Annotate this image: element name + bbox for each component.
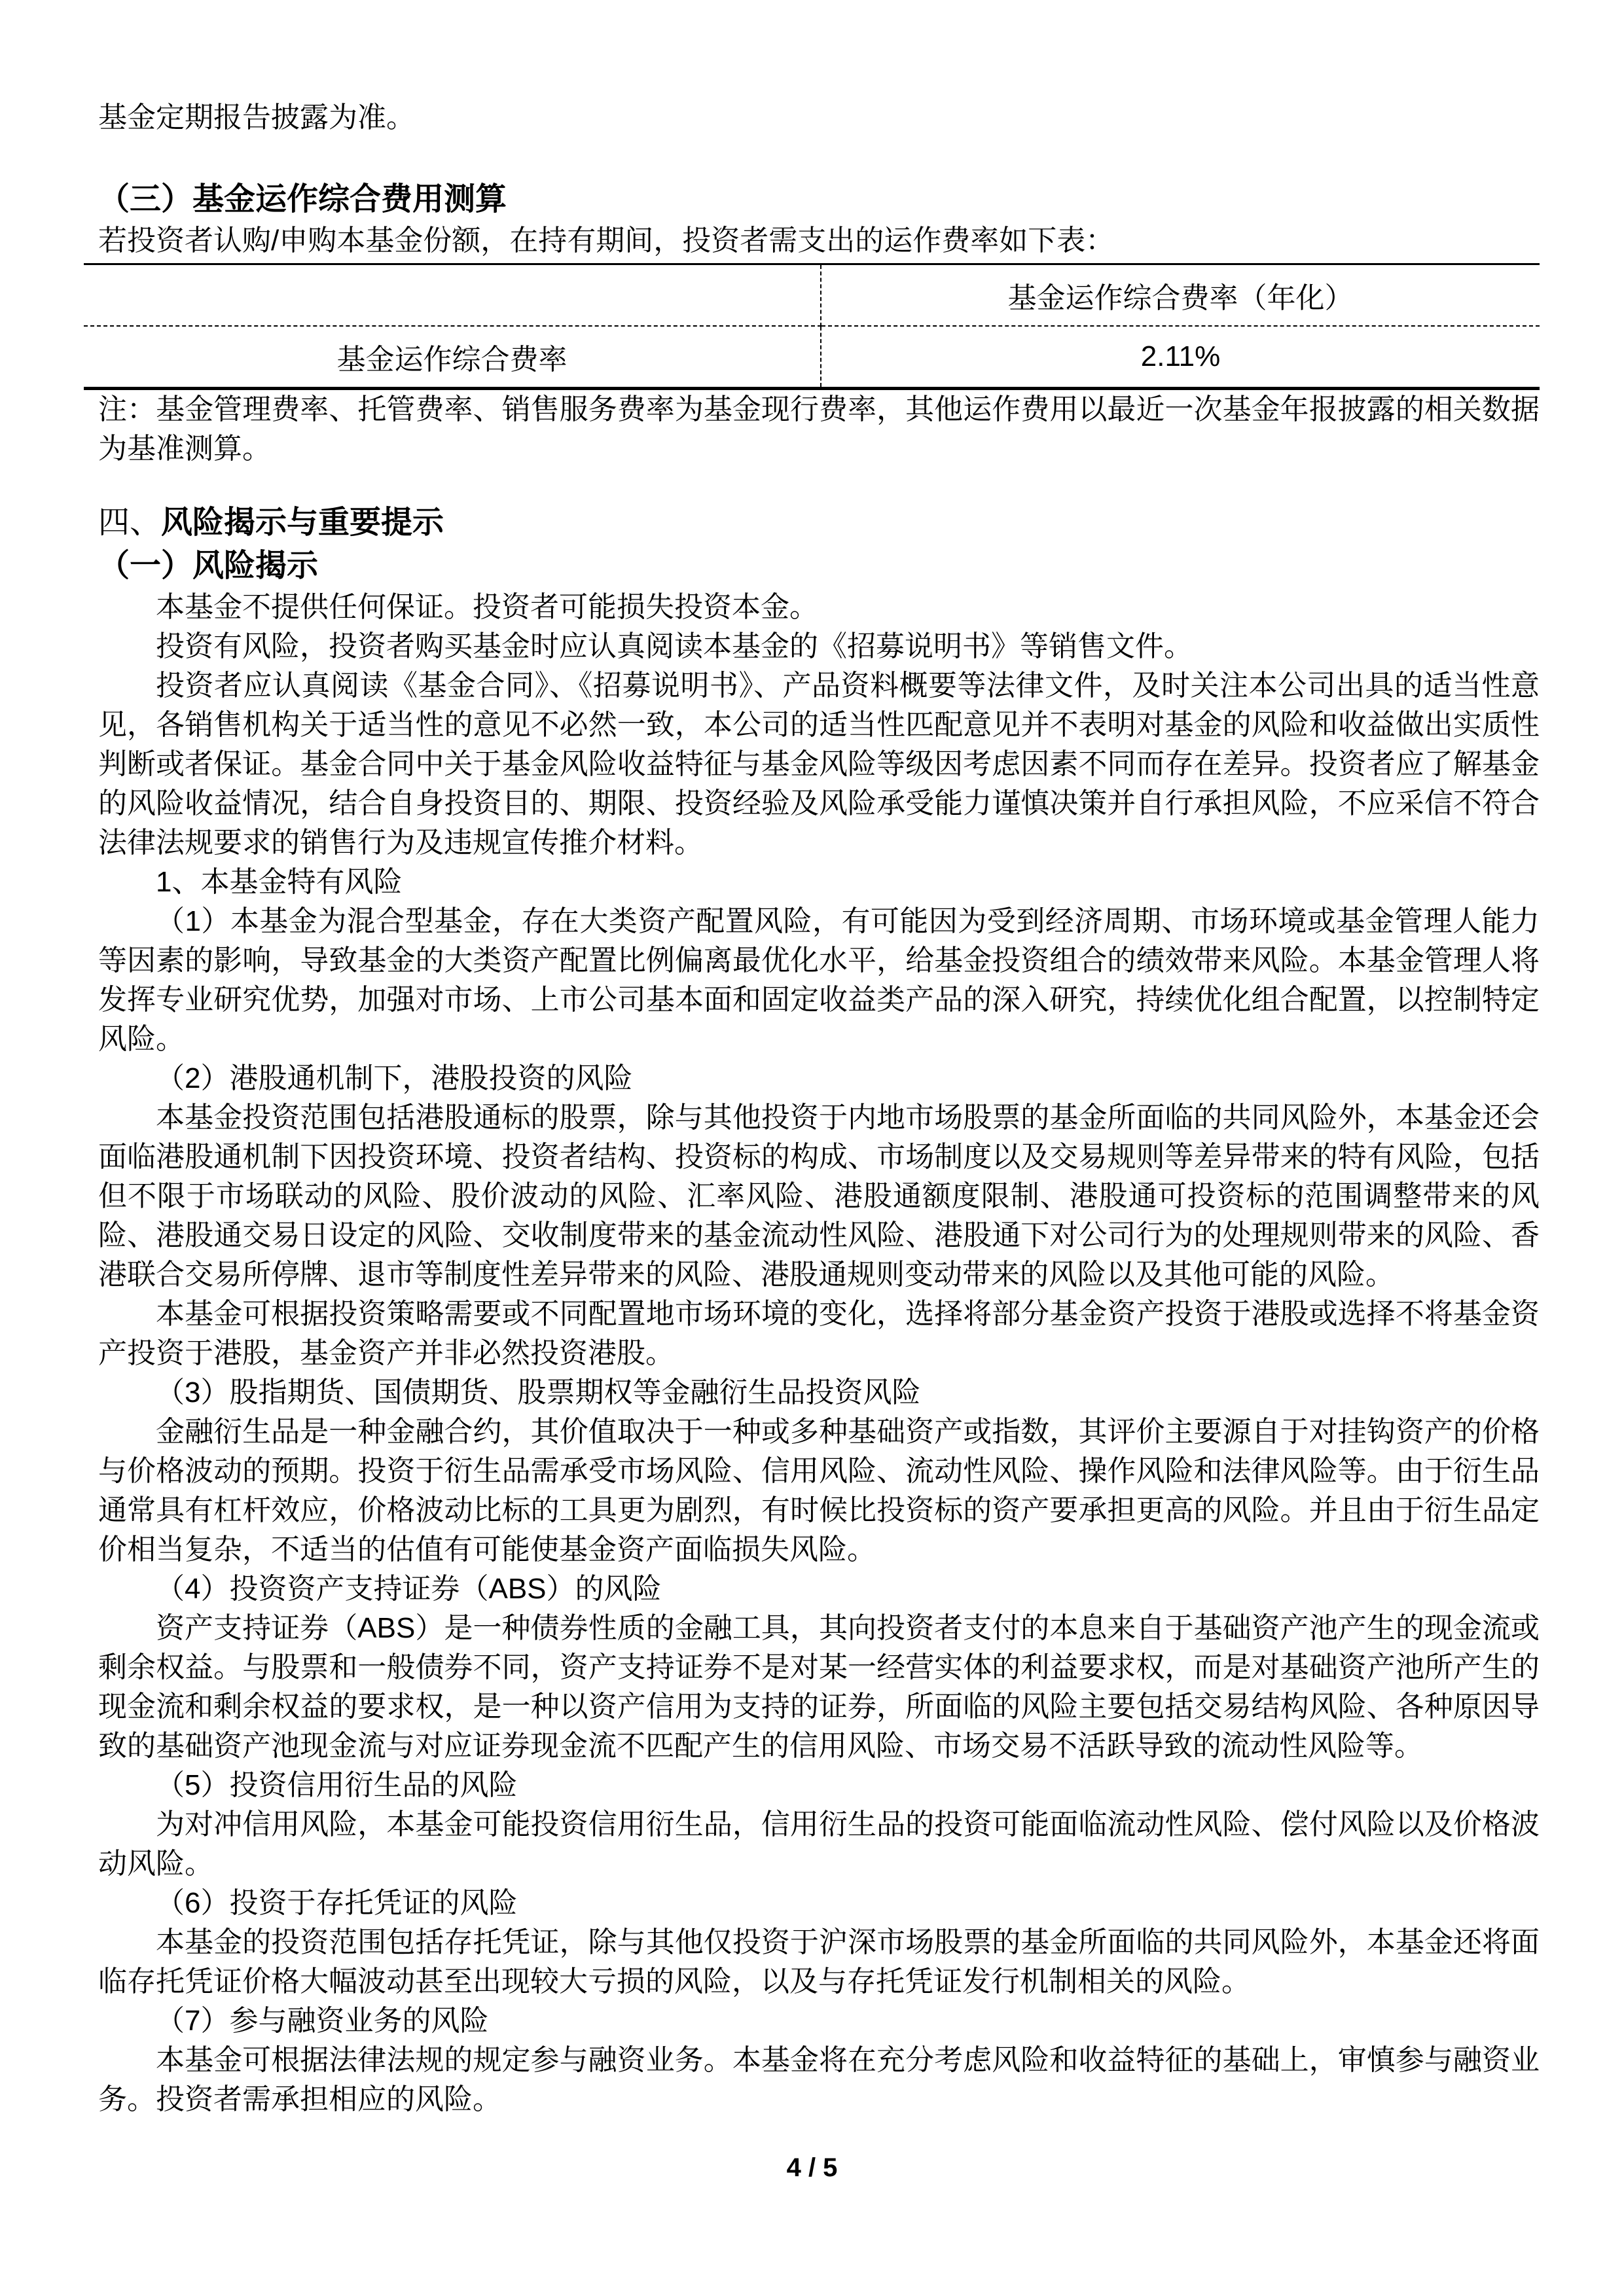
- risk-paragraphs: 本基金不提供任何保证。投资者可能损失投资本金。投资有风险，投资者购买基金时应认真…: [98, 588, 1540, 2119]
- fee-table-header-row: 基金运作综合费率（年化）: [84, 264, 1540, 327]
- document-page: 基金定期报告披露为准。 （三）基金运作综合费用测算 若投资者认购/申购本基金份额…: [0, 0, 1624, 2296]
- risk-paragraph: 金融衍生品是一种金融合约，其价值取决于一种或多种基础资产或指数，其评价主要源自于…: [98, 1412, 1540, 1570]
- continuation-text: 基金定期报告披露为准。: [98, 98, 1540, 137]
- risk-paragraph: （3）股指期货、国债期货、股票期权等金融衍生品投资风险: [98, 1373, 1540, 1412]
- risk-paragraph: （5）投资信用衍生品的风险: [98, 1766, 1540, 1805]
- section-risk-heading: 四、风险揭示与重要提示: [98, 501, 1540, 545]
- section-risk-heading-number: 四、: [98, 505, 161, 540]
- risk-paragraph: 投资有风险，投资者购买基金时应认真阅读本基金的《招募说明书》等销售文件。: [98, 627, 1540, 666]
- risk-paragraph: 资产支持证券（ABS）是一种债券性质的金融工具，其向投资者支付的本息来自于基础资…: [98, 1609, 1540, 1766]
- section-risk-heading-title: 风险揭示与重要提示: [161, 505, 444, 540]
- page-number: 4 / 5: [0, 2153, 1624, 2183]
- risk-paragraph: 本基金可根据法律法规的规定参与融资业务。本基金将在充分考虑风险和收益特征的基础上…: [98, 2041, 1540, 2119]
- risk-paragraph: （2）港股通机制下，港股投资的风险: [98, 1059, 1540, 1098]
- risk-paragraph: 投资者应认真阅读《基金合同》、《招募说明书》、产品资料概要等法律文件，及时关注本…: [98, 666, 1540, 863]
- risk-paragraph: 1、本基金特有风险: [98, 863, 1540, 902]
- fee-table-intro: 若投资者认购/申购本基金份额，在持有期间，投资者需支出的运作费率如下表：: [98, 221, 1540, 260]
- risk-paragraph: （1）本基金为混合型基金，存在大类资产配置风险，有可能因为受到经济周期、市场环境…: [98, 902, 1540, 1059]
- section-fee-heading: （三）基金运作综合费用测算: [98, 178, 1540, 221]
- fee-table-header-rate-cell: 基金运作综合费率（年化）: [821, 264, 1540, 327]
- risk-paragraph: （7）参与融资业务的风险: [98, 2001, 1540, 2041]
- risk-paragraph: 本基金的投资范围包括存托凭证，除与其他仅投资于沪深市场股票的基金所面临的共同风险…: [98, 1923, 1540, 2001]
- risk-paragraph: 为对冲信用风险，本基金可能投资信用衍生品，信用衍生品的投资可能面临流动性风险、偿…: [98, 1805, 1540, 1884]
- risk-paragraph: 本基金投资范围包括港股通标的股票，除与其他投资于内地市场股票的基金所面临的共同风…: [98, 1098, 1540, 1295]
- risk-paragraph: 本基金可根据投资策略需要或不同配置地市场环境的变化，选择将部分基金资产投资于港股…: [98, 1295, 1540, 1373]
- section-risk-subheading: （一）风险揭示: [98, 545, 1540, 588]
- fee-table: 基金运作综合费率（年化） 基金运作综合费率 2.11%: [84, 263, 1540, 390]
- risk-paragraph: （4）投资资产支持证券（ABS）的风险: [98, 1570, 1540, 1609]
- fee-table-data-row: 基金运作综合费率 2.11%: [84, 326, 1540, 389]
- fee-table-header-empty-cell: [84, 264, 821, 327]
- risk-paragraph: （6）投资于存托凭证的风险: [98, 1884, 1540, 1923]
- fee-table-row-value-cell: 2.11%: [821, 326, 1540, 389]
- fee-table-note: 注：基金管理费率、托管费率、销售服务费率为基金现行费率，其他运作费用以最近一次基…: [98, 390, 1540, 469]
- fee-table-row-label-cell: 基金运作综合费率: [84, 326, 821, 389]
- risk-paragraph: 本基金不提供任何保证。投资者可能损失投资本金。: [98, 588, 1540, 627]
